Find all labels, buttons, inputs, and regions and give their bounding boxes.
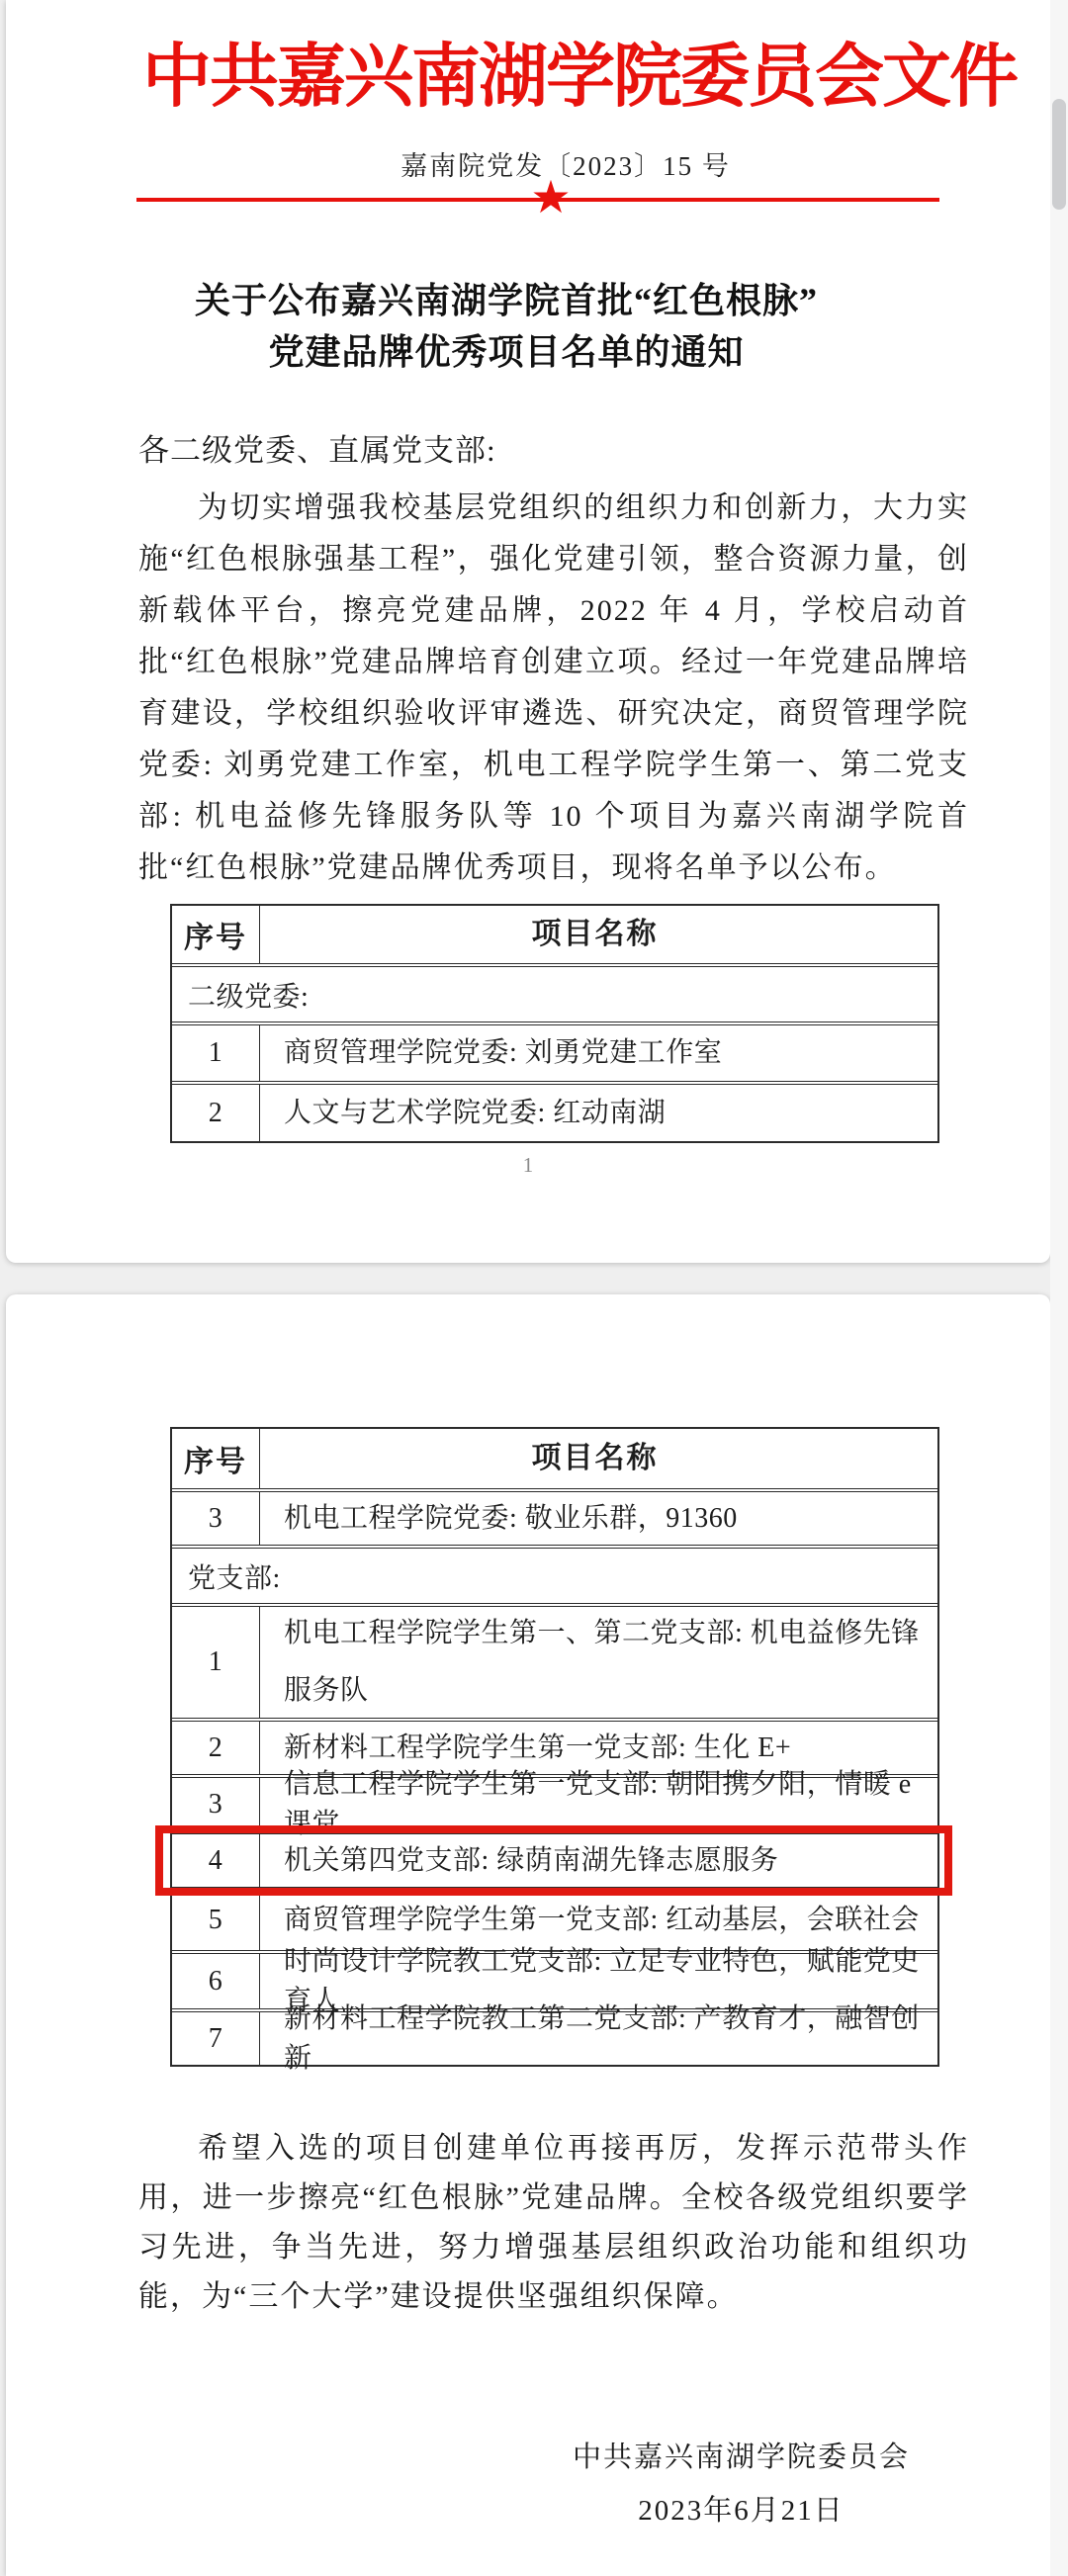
project-name: 商贸管理学院党委: 刘勇党建工作室 xyxy=(260,1025,937,1081)
project-name: 机电工程学院学生第一、第二党支部: 机电益修先锋服务队 xyxy=(260,1607,937,1718)
table-row: 3 信息工程学院学生第一党支部: 朝阳携夕阳，情暖 e 课堂 xyxy=(172,1774,937,1830)
table-row: 7 新材料工程学院教工第二党支部: 产教育才，融智创新 xyxy=(172,2008,937,2065)
table-row: 党支部: xyxy=(172,1545,937,1603)
project-name: 机电工程学院党委: 敬业乐群，91360 xyxy=(260,1492,937,1545)
col-header-project-name: 项目名称 xyxy=(260,906,937,963)
table-row: 5 商贸管理学院学生第一党支部: 红动基层，会联社会 xyxy=(172,1887,937,1950)
signature-date: 2023年6月21日 xyxy=(573,2484,910,2537)
project-name: 人文与艺术学院党委: 红动南湖 xyxy=(260,1085,937,1141)
table-row: 3 机电工程学院党委: 敬业乐群，91360 xyxy=(172,1488,937,1545)
row-index: 2 xyxy=(172,1085,260,1141)
body-paragraph: 为切实增强我校基层党组织的组织力和创新力，大力实施“红色根脉强基工程”，强化党建… xyxy=(138,483,969,894)
signature-issuer: 中共嘉兴南湖学院委员会 xyxy=(573,2431,910,2484)
row-index: 6 xyxy=(172,1954,260,2008)
row-index: 4 xyxy=(172,1834,260,1887)
red-letterhead-title: 中共嘉兴南湖学院委员会文件 xyxy=(57,0,1068,121)
row-index: 7 xyxy=(172,2012,260,2065)
group-label: 二级党委: xyxy=(172,967,937,1022)
notice-title-line1: 关于公布嘉兴南湖学院首批“红色根脉” xyxy=(0,275,1028,326)
red-star-icon xyxy=(530,175,571,221)
project-table-page2: 序号 项目名称 3 机电工程学院党委: 敬业乐群，91360 党支部: 1 机电… xyxy=(170,1427,939,2067)
project-name: 机关第四党支部: 绿荫南湖先锋志愿服务 xyxy=(260,1834,937,1887)
table-row: 1 机电工程学院学生第一、第二党支部: 机电益修先锋服务队 xyxy=(172,1603,937,1718)
salutation: 各二级党委、直属党支部: xyxy=(138,429,969,473)
group-label: 党支部: xyxy=(172,1549,937,1603)
scrollbar-track[interactable] xyxy=(1050,0,1068,2576)
table-row-highlighted: 4 机关第四党支部: 绿荫南湖先锋志愿服务 xyxy=(172,1830,937,1887)
notice-title: 关于公布嘉兴南湖学院首批“红色根脉” 党建品牌优秀项目名单的通知 xyxy=(0,275,1028,378)
row-index: 2 xyxy=(172,1722,260,1774)
table-header-row: 序号 项目名称 xyxy=(172,1429,937,1488)
table-row: 二级党委: xyxy=(172,963,937,1022)
document-page-1: 中共嘉兴南湖学院委员会文件 嘉南院党发〔2023〕15 号 关于公布嘉兴南湖学院… xyxy=(6,0,1050,1263)
closing-paragraph: 希望入选的项目创建单位再接再厉，发挥示范带头作用，进一步擦亮“红色根脉”党建品牌… xyxy=(138,2124,969,2322)
col-header-index: 序号 xyxy=(172,906,260,963)
project-name: 信息工程学院学生第一党支部: 朝阳携夕阳，情暖 e 课堂 xyxy=(260,1778,937,1830)
row-index: 1 xyxy=(172,1025,260,1081)
project-table-page1: 序号 项目名称 二级党委: 1 商贸管理学院党委: 刘勇党建工作室 2 人文与艺… xyxy=(170,904,939,1143)
row-index: 3 xyxy=(172,1778,260,1830)
col-header-project-name: 项目名称 xyxy=(260,1429,937,1488)
page-number: 1 xyxy=(6,1153,1050,1178)
table-row: 2 人文与艺术学院党委: 红动南湖 xyxy=(172,1081,937,1141)
notice-title-line2: 党建品牌优秀项目名单的通知 xyxy=(0,326,1028,378)
row-index: 1 xyxy=(172,1607,260,1718)
document-page-2: 序号 项目名称 3 机电工程学院党委: 敬业乐群，91360 党支部: 1 机电… xyxy=(6,1294,1050,2576)
col-header-index: 序号 xyxy=(172,1429,260,1488)
scrollbar-thumb[interactable] xyxy=(1052,99,1066,210)
signature-block: 中共嘉兴南湖学院委员会 2023年6月21日 xyxy=(573,2431,910,2537)
red-divider-line xyxy=(136,198,939,202)
project-name: 新材料工程学院教工第二党支部: 产教育才，融智创新 xyxy=(260,2012,937,2065)
document-viewer: 中共嘉兴南湖学院委员会文件 嘉南院党发〔2023〕15 号 关于公布嘉兴南湖学院… xyxy=(0,0,1068,2576)
table-row: 1 商贸管理学院党委: 刘勇党建工作室 xyxy=(172,1022,937,1081)
row-index: 5 xyxy=(172,1891,260,1950)
table-header-row: 序号 项目名称 xyxy=(172,906,937,963)
row-index: 3 xyxy=(172,1492,260,1545)
